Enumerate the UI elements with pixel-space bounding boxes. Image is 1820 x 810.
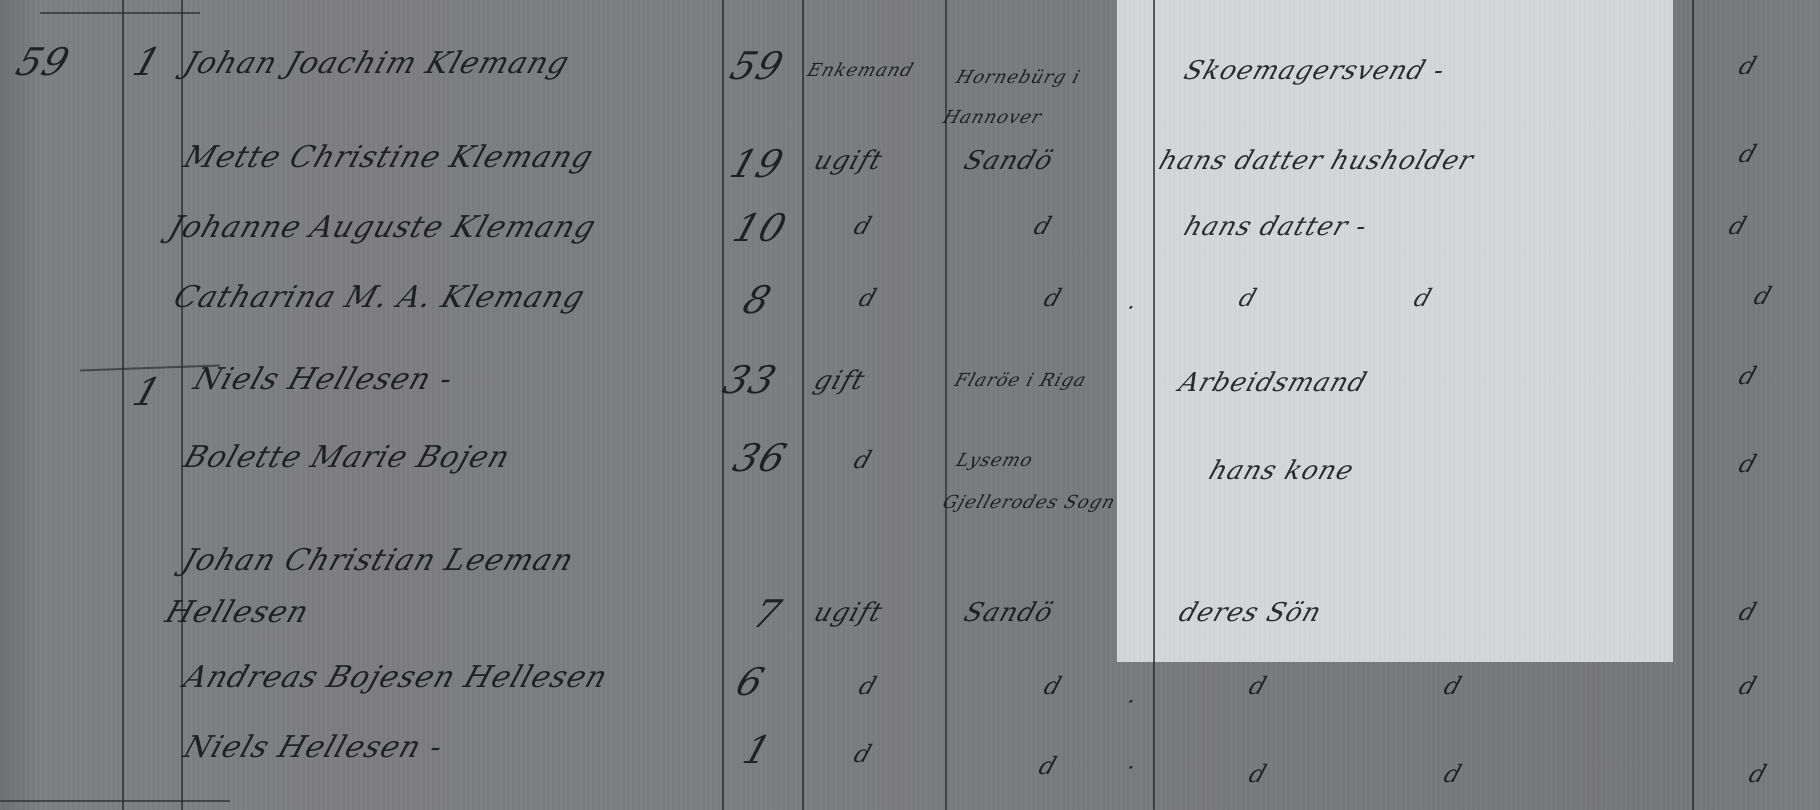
- age: 10: [728, 206, 793, 250]
- ditto-mark: d: [1750, 282, 1775, 310]
- column-rule: [722, 0, 724, 810]
- occupation: deres Sön: [1175, 598, 1325, 628]
- age: 19: [725, 142, 790, 186]
- age: 6: [731, 660, 770, 704]
- person-name: Johan Christian Leeman Hellesen: [158, 535, 672, 639]
- household-separator: [40, 12, 200, 14]
- person-name: Mette Christine Klemang: [179, 140, 598, 175]
- marital-status: ugift: [810, 146, 887, 176]
- occupation: Arbeidsmand: [1175, 368, 1371, 398]
- occupation: hans datter -: [1180, 212, 1371, 242]
- occupation-ditto: d d: [1245, 672, 1465, 700]
- column-rule: [122, 0, 124, 810]
- age: 1: [738, 728, 777, 772]
- marital-status: Enkemand: [805, 60, 917, 81]
- person-name: Bolette Marie Bojen: [179, 440, 515, 475]
- household-separator: [0, 800, 230, 802]
- age: 8: [738, 278, 777, 322]
- birthplace: Flaröe i Riga: [949, 362, 1111, 400]
- occupation-ditto: d d: [1235, 284, 1435, 312]
- marital-status: gift: [810, 366, 869, 396]
- family-number: 1: [128, 370, 167, 414]
- ditto-mark: d: [1735, 672, 1760, 700]
- ditto-mark: d: [1030, 212, 1055, 240]
- birthplace: Sandö: [960, 146, 1057, 176]
- ditto-mark: d: [1735, 52, 1760, 80]
- occupation: Skoemagersvend -: [1180, 56, 1449, 86]
- ditto-mark: d: [1735, 362, 1760, 390]
- ditto-mark: d: [1040, 284, 1065, 312]
- person-name: Catharina M. A. Klemang: [169, 280, 589, 315]
- age: 59: [725, 44, 790, 88]
- person-name: Niels Hellesen -: [189, 362, 458, 397]
- ditto-mark: d: [850, 446, 875, 474]
- person-name: Johan Joachim Klemang: [179, 46, 574, 81]
- person-name: Niels Hellesen -: [179, 730, 448, 765]
- age: 33: [718, 358, 783, 402]
- birthplace: Sandö: [960, 598, 1057, 628]
- person-name: Johanne Auguste Klemang: [164, 210, 600, 245]
- ditto-mark: d: [1035, 752, 1060, 780]
- household-number: 59: [11, 40, 76, 84]
- column-rule: [1153, 0, 1155, 810]
- ink-mark: ·: [1123, 756, 1139, 781]
- ditto-mark: d: [850, 740, 875, 768]
- family-number: 1: [128, 40, 167, 84]
- birthplace: Lysemo Gjellerodes Sogn: [936, 440, 1143, 524]
- occupation: hans kone: [1205, 456, 1358, 486]
- highlighted-region: [1117, 0, 1673, 662]
- occupation-ditto: d d: [1245, 760, 1465, 788]
- ditto-mark: d: [1725, 212, 1750, 240]
- age: 7: [748, 592, 787, 636]
- column-rule: [1692, 0, 1694, 810]
- ditto-mark: d: [1735, 598, 1760, 626]
- ditto-mark: d: [1735, 140, 1760, 168]
- ditto-mark: d: [855, 672, 880, 700]
- ditto-mark: d: [1735, 450, 1760, 478]
- person-name: Andreas Bojesen Hellesen: [179, 660, 612, 695]
- ink-mark: ·: [1123, 690, 1139, 715]
- age: 36: [728, 436, 793, 480]
- ditto-mark: d: [1040, 672, 1065, 700]
- ledger-page: 59 1 Johan Joachim Klemang 59 Enkemand H…: [0, 0, 1820, 810]
- occupation: hans datter husholder: [1155, 146, 1477, 176]
- ditto-mark: d: [1745, 760, 1770, 788]
- birthplace: Hornebürg i Hannover: [937, 58, 1153, 138]
- marital-status: ugift: [810, 598, 887, 628]
- ditto-mark: d: [855, 284, 880, 312]
- column-rule: [802, 0, 804, 810]
- ditto-mark: d: [850, 212, 875, 240]
